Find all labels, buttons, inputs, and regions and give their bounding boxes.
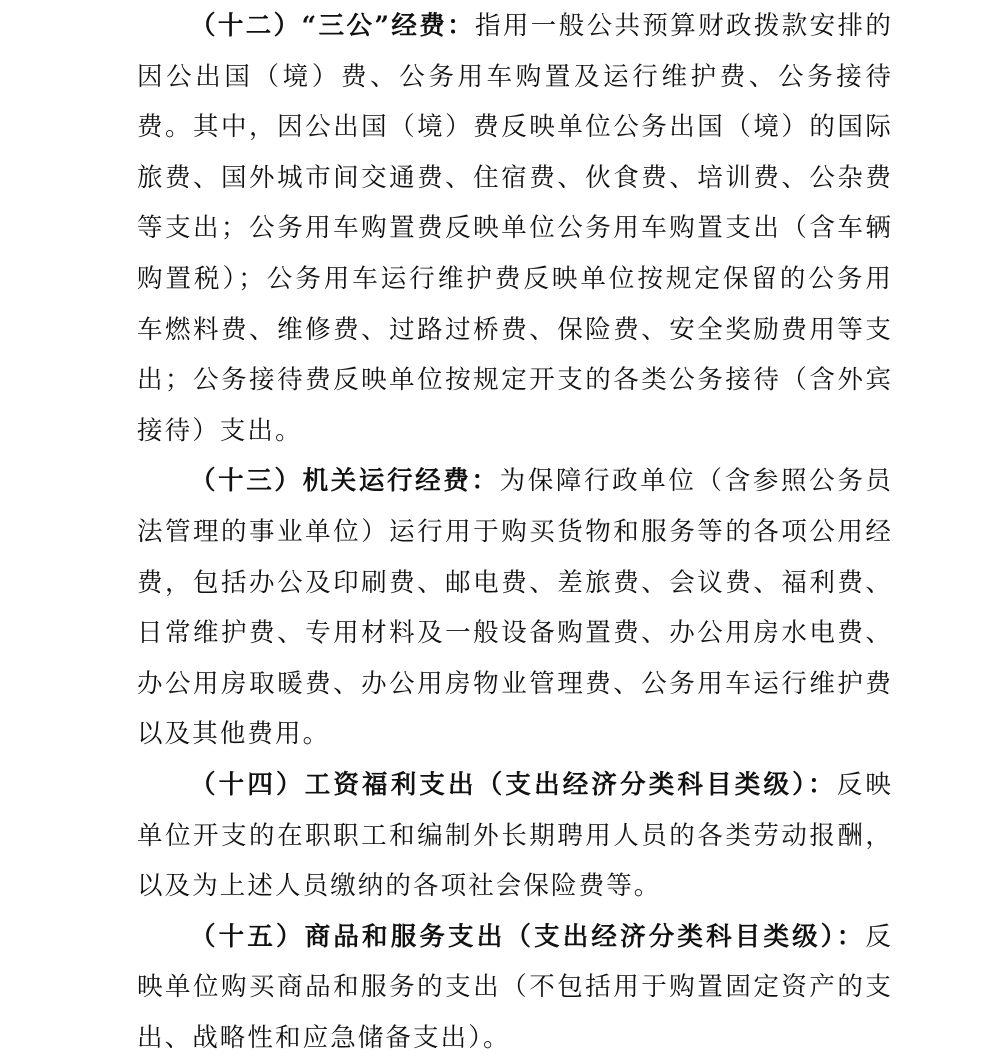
paragraph-heading: （十二）“三公”经费： — [190, 11, 475, 41]
paragraph-body: 为保障行政单位（含参照公务员法管理的事业单位）运行用于购买货物和服务等的各项公用… — [137, 466, 893, 749]
paragraph-heading: （十五）商品和服务支出（支出经济分类科目类级）： — [190, 922, 865, 952]
paragraph-goods-services: （十五）商品和服务支出（支出经济分类科目类级）：反映单位购买商品和服务的支出（不… — [137, 912, 893, 1059]
paragraph-heading: （十三）机关运行经费： — [190, 466, 500, 496]
paragraph-santong-expenses: （十二）“三公”经费：指用一般公共预算财政拨款安排的因公出国（境）费、公务用车购… — [137, 1, 893, 456]
paragraph-agency-operating-expenses: （十三）机关运行经费：为保障行政单位（含参照公务员法管理的事业单位）运行用于购买… — [137, 456, 893, 760]
paragraph-wages-welfare: （十四）工资福利支出（支出经济分类科目类级）：反映单位开支的在职职工和编制外长期… — [137, 760, 893, 912]
paragraph-body: 指用一般公共预算财政拨款安排的因公出国（境）费、公务用车购置及运行维护费、公务接… — [137, 11, 893, 446]
paragraph-heading: （十四）工资福利支出（支出经济分类科目类级）： — [190, 770, 837, 800]
document-page: （十二）“三公”经费：指用一般公共预算财政拨款安排的因公出国（境）费、公务用车购… — [137, 0, 893, 1059]
